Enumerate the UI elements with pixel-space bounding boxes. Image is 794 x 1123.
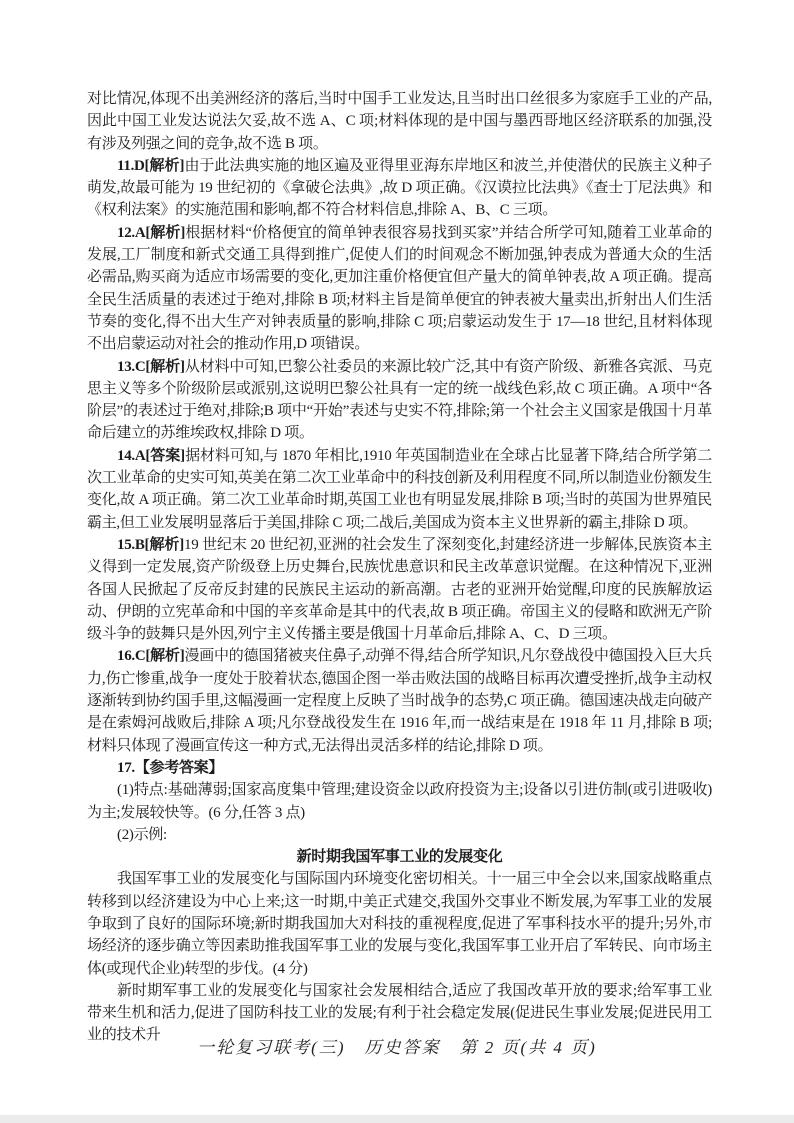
essay-paragraph-1: 我国军事工业的发展变化与国际国内环境变化密切相关。十一届三中全会以来,国家战略重…: [87, 868, 712, 979]
answer-13-paragraph: 13.C[解析]从材料中可知,巴黎公社委员的来源比较广泛,其中有资产阶级、新雅各…: [87, 356, 712, 445]
answer-15-paragraph: 15.B[解析]19 世纪末 20 世纪初,亚洲的社会发生了深刻变化,封建经济进…: [87, 534, 712, 645]
answer-14-paragraph: 14.A[答案]据材料可知,与 1870 年相比,1910 年英国制造业在全球占…: [87, 445, 712, 534]
answer-11-prefix: 11.D[解析]: [117, 158, 184, 174]
answer-12-prefix: 12.A[解析]: [117, 225, 185, 241]
answer-12-text: 根据材料“价格便宜的简单钟表很容易找到买家”并结合所学可知,随着工业革命的发展,…: [87, 225, 712, 352]
answer-sheet-body: 对比情况,体现不出美洲经济的落后,当时中国手工业发达,且当时出口丝很多为家庭手工…: [87, 88, 712, 1047]
essay-title: 新时期我国军事工业的发展变化: [87, 846, 712, 868]
answer-16-prefix: 16.C[解析]: [117, 648, 184, 664]
page-footer: 一轮复习联考(三) 历史答案 第 2 页(共 4 页): [0, 1033, 794, 1058]
answer-12-paragraph: 12.A[解析]根据材料“价格便宜的简单钟表很容易找到买家”并结合所学可知,随着…: [87, 222, 712, 356]
answer-13-prefix: 13.C[解析]: [117, 359, 185, 375]
footer-text: 一轮复习联考(三) 历史答案 第 2 页(共 4 页): [197, 1038, 597, 1057]
answer-17-part1: (1)特点:基础薄弱;国家高度集中管理;建设资金以政府投资为主;设备以引进仿制(…: [87, 779, 712, 824]
scan-edge-shadow: [0, 1115, 794, 1123]
answer-14-prefix: 14.A[答案]: [117, 448, 185, 464]
answer-11-paragraph: 11.D[解析]由于此法典实施的地区遍及亚得里亚海东岸地区和波兰,并使潜伏的民族…: [87, 155, 712, 222]
answer-16-paragraph: 16.C[解析]漫画中的德国猪被夹住鼻子,动弹不得,结合所学知识,凡尔登战役中德…: [87, 645, 712, 756]
answer-15-prefix: 15.B[解析]: [117, 537, 184, 553]
answer-17-header: 17.【参考答案】: [87, 757, 712, 779]
continuation-paragraph: 对比情况,体现不出美洲经济的落后,当时中国手工业发达,且当时出口丝很多为家庭手工…: [87, 88, 712, 155]
document-page: 对比情况,体现不出美洲经济的落后,当时中国手工业发达,且当时出口丝很多为家庭手工…: [0, 0, 794, 1123]
answer-17-part2: (2)示例:: [87, 824, 712, 846]
